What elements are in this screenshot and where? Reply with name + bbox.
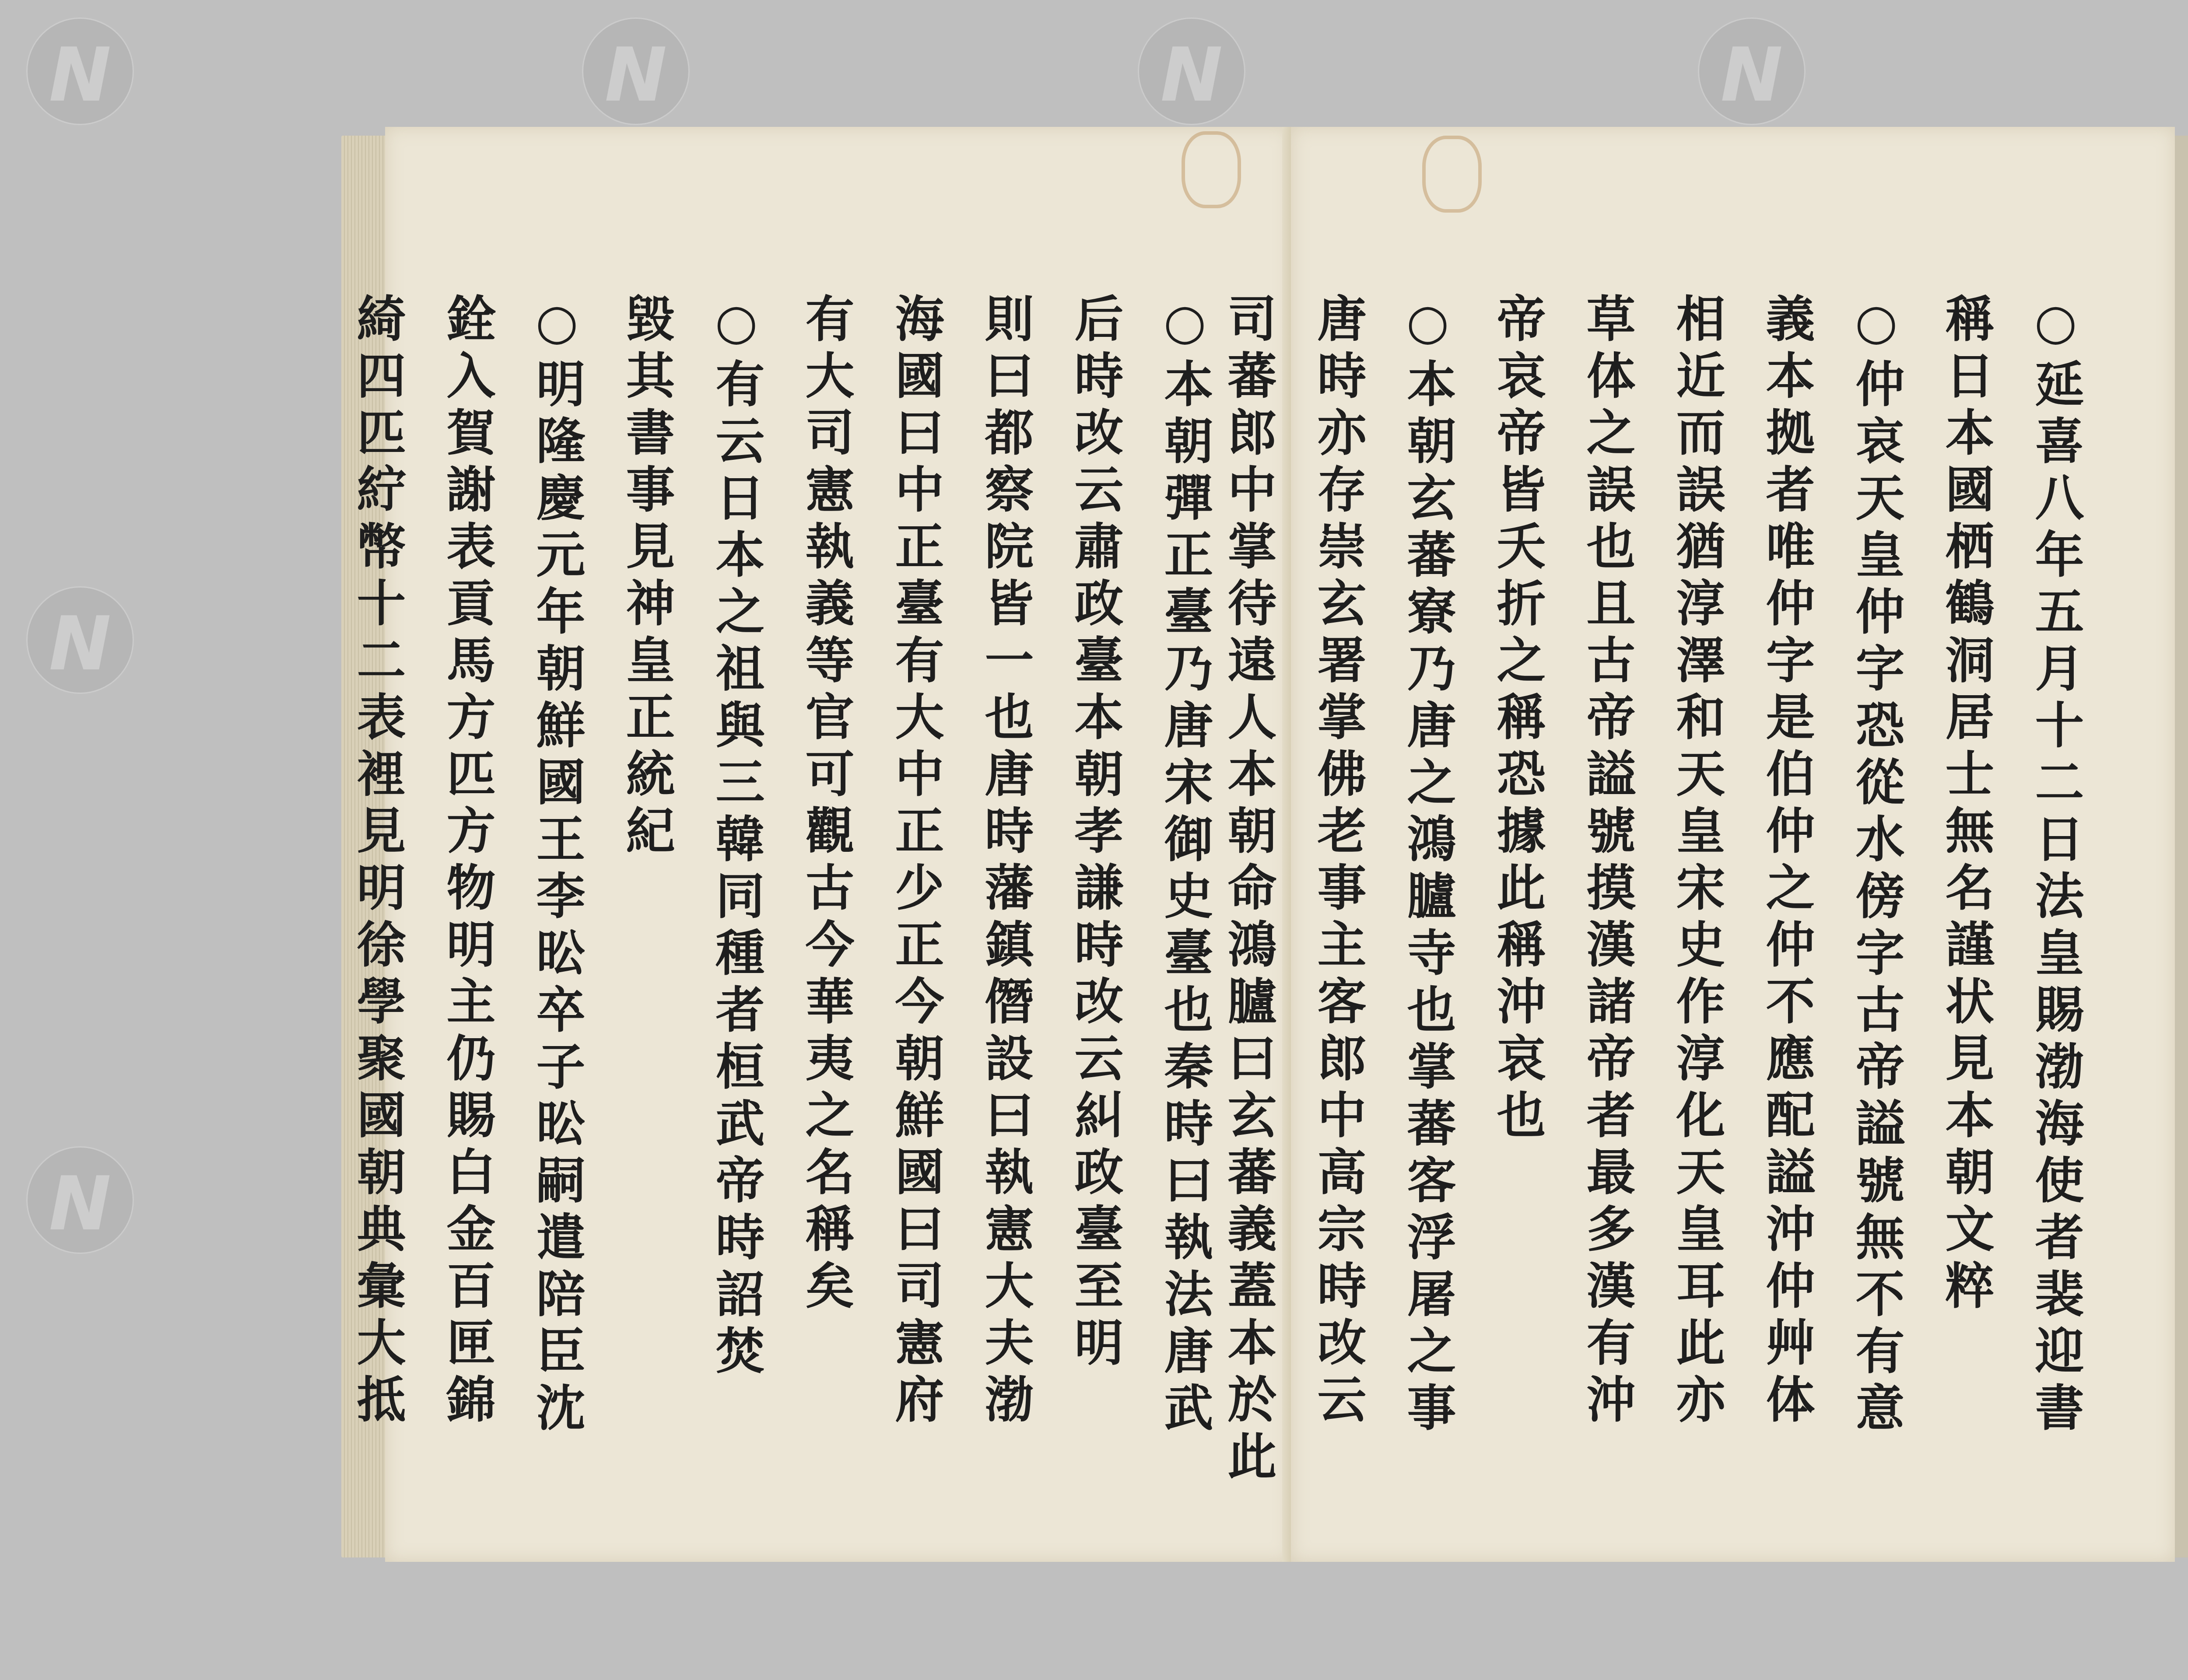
- text-columns: ○延喜八年五月十二日法皇賜渤海使者裴迎書 稱日本國栖鶴洞居士無名謹状見本朝文粹 …: [1203, 293, 2100, 1487]
- text-column: ○明隆慶元年朝鮮國王李昖卒子昖嗣遣陪臣沈: [512, 293, 602, 1439]
- paper-stain: [1422, 136, 1482, 213]
- watermark-logo-icon: [582, 17, 690, 125]
- watermark-logo-icon: [26, 586, 134, 694]
- text-column: ○本朝玄蕃寮乃唐之鴻臚寺也掌蕃客浮屠之事: [1383, 293, 1473, 1487]
- text-columns: ○本朝彈正臺乃唐宋御史臺也秦時曰執法唐武 后時改云肅政臺本朝孝謙時改云糾政臺至明…: [333, 293, 1230, 1439]
- open-book: ○本朝彈正臺乃唐宋御史臺也秦時曰執法唐武 后時改云肅政臺本朝孝謙時改云糾政臺至明…: [341, 127, 2188, 1571]
- text-column: 后時改云肅政臺本朝孝謙時改云糾政臺至明: [1050, 293, 1140, 1439]
- text-column: ○有云日本之祖與三韓同種者桓武帝時詔焚: [691, 293, 781, 1439]
- text-column: 海國曰中正臺有大中正少正今朝鮮國曰司憲府: [871, 293, 961, 1439]
- text-column: 帝哀帝皆夭折之稱恐據此稱沖哀也: [1473, 293, 1562, 1487]
- text-column: 毀其書事見神皇正統紀: [602, 293, 691, 1439]
- text-column: 義本拠者唯仲字是伯仲之仲不應配謚沖仲艸体: [1742, 293, 1831, 1487]
- text-column: 有大司憲執義等官可觀古今華夷之名稱矣: [781, 293, 871, 1439]
- text-column: 則曰都察院皆一也唐時藩鎮僭設曰執憲大夫渤: [961, 293, 1050, 1439]
- text-column: 銓入賀謝表貢馬方匹方物明主仍賜白金百匣錦: [422, 293, 512, 1439]
- text-column: 相近而誤猶淳澤和天皇宋史作淳化天皇耳此亦: [1652, 293, 1742, 1487]
- watermark-logo-icon: [1138, 17, 1245, 125]
- right-page: ○延喜八年五月十二日法皇賜渤海使者裴迎書 稱日本國栖鶴洞居士無名謹状見本朝文粹 …: [1291, 127, 2175, 1562]
- text-column: 司蕃郎中掌待遠人本朝命鴻臚曰玄蕃義蓋本於此: [1203, 293, 1293, 1487]
- left-page: ○本朝彈正臺乃唐宋御史臺也秦時曰執法唐武 后時改云肅政臺本朝孝謙時改云糾政臺至明…: [385, 127, 1291, 1562]
- watermark-logo-icon: [26, 1146, 134, 1254]
- page-stack-edge: [2175, 136, 2188, 1557]
- watermark-logo-icon: [26, 17, 134, 125]
- text-column: ○仲哀天皇仲字恐從水傍字古帝謚號無不有意: [1831, 293, 1921, 1487]
- paper-stain: [1182, 131, 1241, 208]
- text-column: 草体之誤也且古帝謚號摸漢諸帝者最多漢有沖: [1562, 293, 1652, 1487]
- text-column: 唐時亦存崇玄署掌佛老事主客郎中高宗時改云: [1293, 293, 1383, 1487]
- watermark-logo-icon: [1698, 17, 1806, 125]
- text-column: ○延喜八年五月十二日法皇賜渤海使者裴迎書: [2011, 293, 2100, 1487]
- text-column: 稱日本國栖鶴洞居士無名謹状見本朝文粹: [1921, 293, 2011, 1487]
- text-column: 綺四匹紵幣十二表裡見明徐學聚國朝典彙大抵: [333, 293, 422, 1439]
